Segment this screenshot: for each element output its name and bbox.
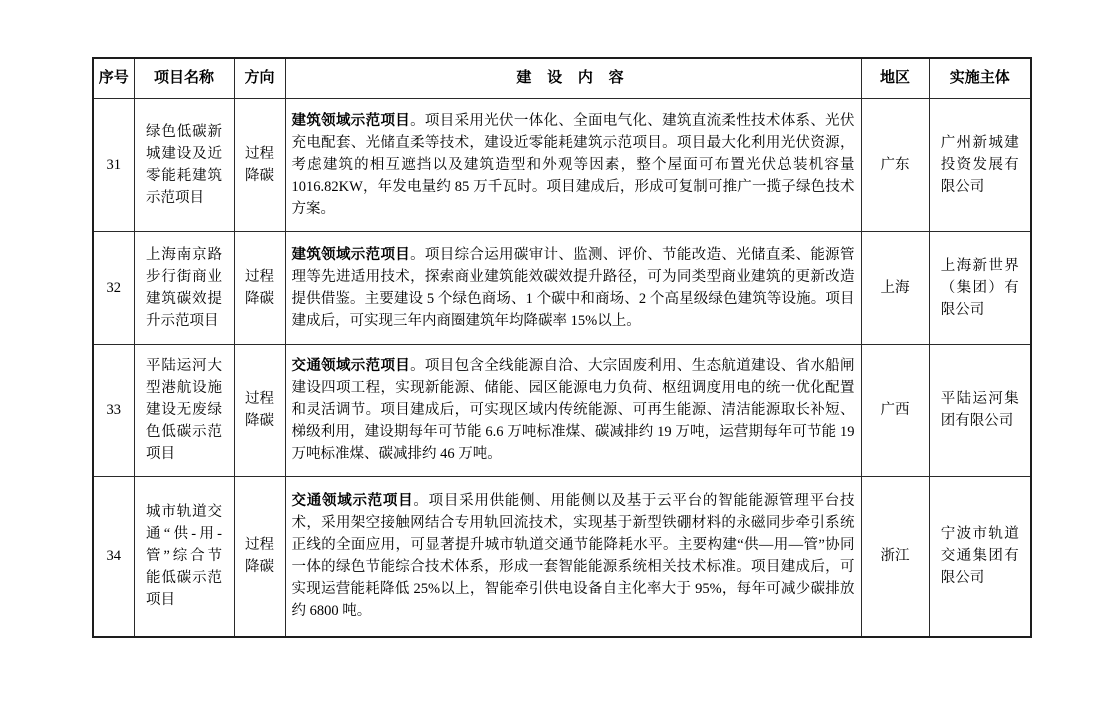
cell-project-name: 绿色低碳新城建设及近零能耗建筑示范项目 xyxy=(134,98,234,231)
table-row-32: 32 上海南京路步行街商业建筑碳效提升示范项目 过程降碳 建筑领域示范项目。项目… xyxy=(93,231,1031,344)
cell-project-name: 城市轨道交通“供-用-管”综合节能低碳示范项目 xyxy=(134,476,234,637)
cell-direction: 过程降碳 xyxy=(234,98,285,231)
cell-content: 建筑领域示范项目。项目采用光伏一体化、全面电气化、建筑直流柔性技术体系、光伏充电… xyxy=(285,98,861,231)
cell-region: 广东 xyxy=(861,98,929,231)
cell-direction: 过程降碳 xyxy=(234,476,285,637)
cell-entity: 上海新世界（集团）有限公司 xyxy=(929,231,1031,344)
cell-project-name: 上海南京路步行街商业建筑碳效提升示范项目 xyxy=(134,231,234,344)
cell-no: 31 xyxy=(93,98,134,231)
cell-content: 交通领域示范项目。项目采用供能侧、用能侧以及基于云平台的智能能源管理平台技术，采… xyxy=(285,476,861,637)
cell-entity: 广州新城建投资发展有限公司 xyxy=(929,98,1031,231)
table-row-34: 34 城市轨道交通“供-用-管”综合节能低碳示范项目 过程降碳 交通领域示范项目… xyxy=(93,476,1031,637)
direction-text: 过程降碳 xyxy=(244,534,275,578)
entity-text: 宁波市轨道交通集团有限公司 xyxy=(941,523,1019,589)
cell-no: 34 xyxy=(93,476,134,637)
cell-direction: 过程降碳 xyxy=(234,344,285,476)
cell-region: 上海 xyxy=(861,231,929,344)
direction-text: 过程降碳 xyxy=(244,388,275,432)
cell-content: 交通领域示范项目。项目包含全线能源自洽、大宗固废利用、生态航道建设、省水船闸建设… xyxy=(285,344,861,476)
content-lead-text: 建筑领域示范项目 xyxy=(292,247,411,263)
cell-direction: 过程降碳 xyxy=(234,231,285,344)
header-entity: 实施主体 xyxy=(929,58,1031,98)
cell-no: 33 xyxy=(93,344,134,476)
table-row-31: 31 绿色低碳新城建设及近零能耗建筑示范项目 过程降碳 建筑领域示范项目。项目采… xyxy=(93,98,1031,231)
cell-entity: 平陆运河集团有限公司 xyxy=(929,344,1031,476)
header-direction: 方向 xyxy=(234,58,285,98)
project-name-text: 上海南京路步行街商业建筑碳效提升示范项目 xyxy=(146,244,222,332)
content-lead-text: 交通领域示范项目 xyxy=(292,493,414,509)
header-no: 序号 xyxy=(93,58,134,98)
project-name-text: 平陆运河大型港航设施建设无废绿色低碳示范项目 xyxy=(146,355,222,465)
cell-project-name: 平陆运河大型港航设施建设无废绿色低碳示范项目 xyxy=(134,344,234,476)
table-row-33: 33 平陆运河大型港航设施建设无废绿色低碳示范项目 过程降碳 交通领域示范项目。… xyxy=(93,344,1031,476)
direction-text: 过程降碳 xyxy=(244,143,275,187)
header-region: 地区 xyxy=(861,58,929,98)
content-body-text: 。项目采用供能侧、用能侧以及基于云平台的智能能源管理平台技术，采用架空接触网结合… xyxy=(292,493,855,619)
header-content: 建 设 内 容 xyxy=(285,58,861,98)
table-header-row: 序号 项目名称 方向 建 设 内 容 地区 实施主体 xyxy=(93,58,1031,98)
direction-text: 过程降碳 xyxy=(244,266,275,310)
project-name-text: 城市轨道交通“供-用-管”综合节能低碳示范项目 xyxy=(146,501,222,611)
entity-text: 广州新城建投资发展有限公司 xyxy=(941,132,1019,198)
cell-region: 浙江 xyxy=(861,476,929,637)
cell-entity: 宁波市轨道交通集团有限公司 xyxy=(929,476,1031,637)
projects-table: 序号 项目名称 方向 建 设 内 容 地区 实施主体 31 绿色低碳新城建设及近… xyxy=(92,57,1032,638)
project-name-text: 绿色低碳新城建设及近零能耗建筑示范项目 xyxy=(146,121,222,209)
cell-region: 广西 xyxy=(861,344,929,476)
content-lead-text: 建筑领域示范项目 xyxy=(292,113,411,129)
entity-text: 上海新世界（集团）有限公司 xyxy=(941,255,1019,321)
entity-text: 平陆运河集团有限公司 xyxy=(941,388,1019,432)
header-project-name: 项目名称 xyxy=(134,58,234,98)
document-page: 序号 项目名称 方向 建 设 内 容 地区 实施主体 31 绿色低碳新城建设及近… xyxy=(0,0,1114,703)
cell-no: 32 xyxy=(93,231,134,344)
cell-content: 建筑领域示范项目。项目综合运用碳审计、监测、评价、节能改造、光储直柔、能源管理等… xyxy=(285,231,861,344)
content-lead-text: 交通领域示范项目 xyxy=(292,358,411,374)
